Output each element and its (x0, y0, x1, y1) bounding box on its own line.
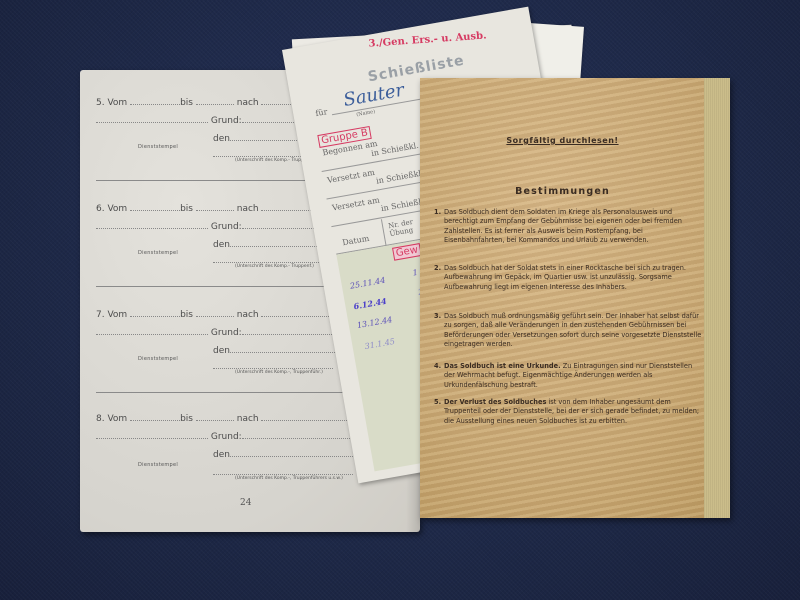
item-text: Das Soldbuch muß ordnungsmäßig geführt s… (444, 312, 701, 348)
read-carefully-heading: Sorgfältig durchlesen! (420, 136, 705, 145)
entry-to-label: nach (237, 204, 259, 214)
entry-number: 5. (96, 98, 105, 108)
service-stamp-label: Dienststempel (138, 356, 178, 362)
item-number: 1. (434, 208, 441, 217)
entry-from-label: Vom (107, 414, 127, 424)
regulations-title: Bestimmungen (420, 186, 705, 197)
entry-reason-label: Grund: (211, 116, 242, 126)
entry-date-label: den (213, 346, 230, 356)
entry-number: 8. (96, 414, 105, 424)
entry-until-label: bis (180, 310, 193, 320)
entry-to-label: nach (237, 98, 259, 108)
item-bold-text: Das Soldbuch ist eine Urkunde. (444, 362, 561, 370)
item-bold-text: Der Verlust des Soldbuches (444, 398, 546, 406)
regulation-item: 3. Das Soldbuch muß ordnungsmäßig geführ… (434, 312, 702, 350)
soldbuch-cover-regulations: Sorgfältig durchlesen! Bestimmungen 1. D… (420, 78, 730, 518)
regulation-item: 5. Der Verlust des Soldbuches ist von de… (434, 398, 702, 426)
item-text: Das Soldbuch hat der Soldat stets in ein… (444, 264, 686, 291)
service-stamp-label: Dienststempel (138, 462, 178, 468)
entry-reason-label: Grund: (211, 222, 242, 232)
item-number: 3. (434, 312, 441, 321)
regulation-item: 4. Das Soldbuch ist eine Urkunde. Zu Ein… (434, 362, 702, 390)
entry-until-label: bis (180, 204, 193, 214)
entry-reason-label: Grund: (211, 432, 242, 442)
binding-tape (704, 78, 730, 518)
signature-label: (Unterschrift des Komp.-, Truppenführ.) (235, 370, 323, 375)
regulation-item: 1. Das Soldbuch dient dem Soldaten im Kr… (434, 208, 702, 246)
entry-until-label: bis (180, 98, 193, 108)
entry-from-label: Vom (107, 204, 127, 214)
column-date: Datum (342, 234, 370, 248)
service-stamp-label: Dienststempel (138, 250, 178, 256)
entry-number: 6. (96, 204, 105, 214)
moved-label-1: Versetzt am (327, 168, 376, 185)
entry-date-label: den (213, 134, 230, 144)
page-number: 24 (240, 498, 251, 508)
signature-label: (Unterschrift des Komp.- Truppenf.) (235, 264, 314, 269)
moved-label-2: Versetzt am (331, 195, 380, 212)
service-stamp-label: Dienststempel (138, 144, 178, 150)
item-number: 2. (434, 264, 441, 273)
unit-stamp: 3./Gen. Ers.- u. Ausb. (368, 30, 487, 49)
item-text: Das Soldbuch dient dem Soldaten im Krieg… (444, 208, 682, 244)
signature-label: (Unterschrift des Komp.-, Truppenführers… (235, 476, 343, 481)
entry-number: 7. (96, 310, 105, 320)
entry-from-label: Vom (107, 310, 127, 320)
item-number: 5. (434, 398, 441, 407)
entry-date-label: den (213, 450, 230, 460)
entry-to-label: nach (237, 414, 259, 424)
entry-until-label: bis (180, 414, 193, 424)
regulation-item: 2. Das Soldbuch hat der Soldat stets in … (434, 264, 702, 292)
name-label: für (315, 107, 328, 118)
entry-reason-label: Grund: (211, 328, 242, 338)
entry-to-label: nach (237, 310, 259, 320)
item-number: 4. (434, 362, 441, 371)
entry-from-label: Vom (107, 98, 127, 108)
entry-date-label: den (213, 240, 230, 250)
